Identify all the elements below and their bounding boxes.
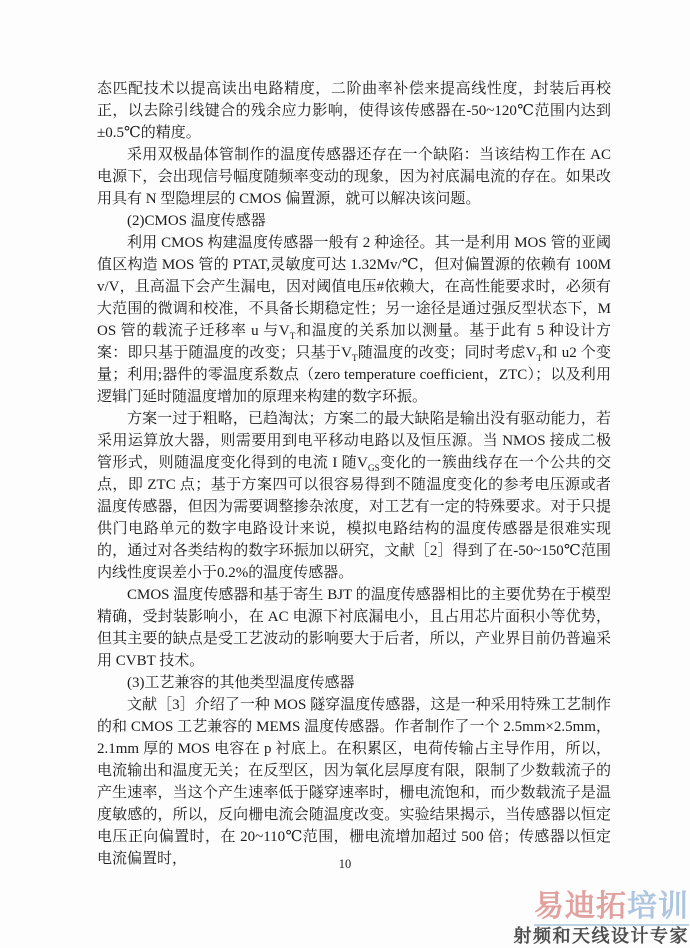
paragraph: CMOS 温度传感器和基于寄生 BJT 的温度传感器相比的主要优势在于模型精确，… (97, 584, 611, 672)
document-page: 态匹配技术以提高读出电路精度，二阶曲率补偿来提高线性度，封装后再校正，以去除引线… (0, 0, 690, 948)
paragraph: 利用 CMOS 构建温度传感器一般有 2 种途径。其一是利用 MOS 管的亚阈值… (97, 232, 611, 408)
paragraph: 文献［3］介绍了一种 MOS 隧穿温度传感器，这是一种采用特殊工艺制作的和 CM… (97, 694, 611, 870)
paragraph: 采用双极晶体管制作的温度传感器还存在一个缺陷：当该结构工作在 AC 电源下，会出… (97, 144, 611, 210)
watermark-tagline: 射频和天线设计专家 (514, 926, 690, 947)
watermark: 易迪拓培训 射频和天线设计专家 (514, 892, 690, 947)
paragraph: (3)工艺兼容的其他类型温度传感器 (97, 672, 611, 694)
document-text: 态匹配技术以提高读出电路精度，二阶曲率补偿来提高线性度，封装后再校正，以去除引线… (97, 78, 611, 870)
paragraph: 态匹配技术以提高读出电路精度，二阶曲率补偿来提高线性度，封装后再校正，以去除引线… (97, 78, 611, 144)
paragraph: 方案一过于粗略，已趋淘汰；方案二的最大缺陷是输出没有驱动能力，若采用运算放大器，… (97, 408, 611, 584)
page-number: 10 (0, 857, 690, 872)
watermark-logo-primary: 易迪拓 (534, 890, 627, 923)
watermark-logo-secondary: 培训 (627, 890, 689, 923)
watermark-logo: 易迪拓培训 (534, 892, 689, 926)
paragraph: (2)CMOS 温度传感器 (97, 210, 611, 232)
